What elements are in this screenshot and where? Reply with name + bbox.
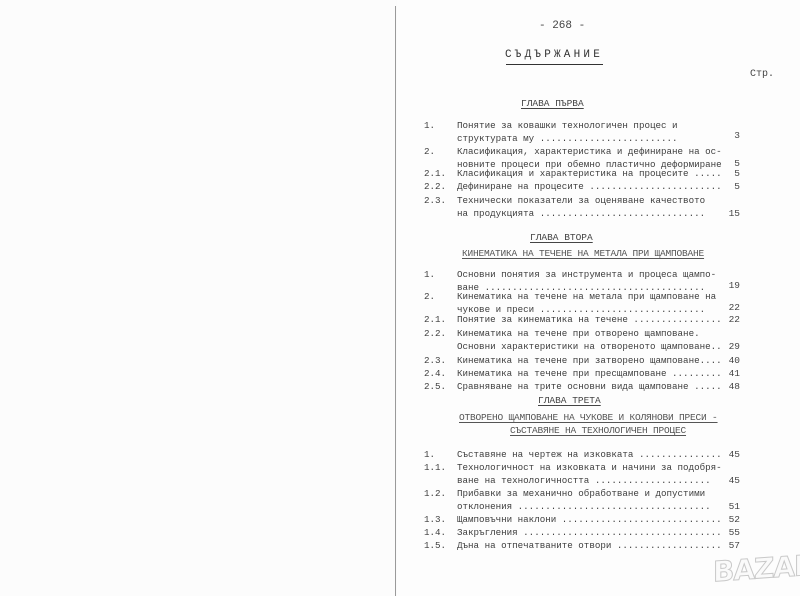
- entry-number: 2.3.: [424, 194, 446, 207]
- entry-text: Кинематика на течене при отворено щампов…: [457, 327, 700, 340]
- title-underline: [506, 64, 603, 65]
- chapter-subtitle-2: КИНЕМАТИКА НА ТЕЧЕНЕ НА МЕТАЛА ПРИ ЩАМПО…: [462, 248, 704, 259]
- entry-page: 52: [710, 513, 740, 526]
- entry-number: 2.: [424, 145, 435, 158]
- document-spread: - 268 - СЪДЪРЖАНИЕ Стр. ГЛАВА ПЪРВА 1. П…: [0, 0, 800, 596]
- entry-text: Щамповъчни наклони .....................…: [457, 513, 722, 526]
- left-page-blank: [0, 0, 396, 596]
- entry-page: 51: [710, 500, 740, 513]
- entry-number: 1.: [424, 268, 435, 281]
- entry-text-cont: на продукцията .........................…: [457, 207, 705, 220]
- entry-page: 3: [710, 129, 740, 142]
- entry-page: 29: [710, 340, 740, 353]
- entry-page: 45: [710, 448, 740, 461]
- entry-number: 1.4.: [424, 526, 446, 539]
- chapter-subtitle-3a: ОТВОРЕНО ЩАМПОВАНЕ НА ЧУКОВЕ И КОЛЯНОВИ …: [459, 412, 718, 423]
- chapter-heading-3: ГЛАВА ТРЕТА: [538, 395, 601, 406]
- entry-number: 1.: [424, 119, 435, 132]
- entry-number: 2.3.: [424, 354, 446, 367]
- entry-number: 2.4.: [424, 367, 446, 380]
- entry-page: 45: [710, 474, 740, 487]
- entry-text: Прибавки за механично обработване и допу…: [457, 487, 705, 500]
- entry-text: Съставяне на чертеж на изковката .......…: [457, 448, 722, 461]
- entry-page: 57: [710, 539, 740, 552]
- page-title: СЪДЪРЖАНИЕ: [505, 49, 603, 61]
- entry-number: 1.5.: [424, 539, 446, 552]
- entry-text: Класификация и характеристика на процеси…: [457, 167, 722, 180]
- watermark-logo: BAZAR: [713, 548, 800, 588]
- entry-text: Кинематика на течене при пресщамповане .…: [457, 367, 722, 380]
- entry-text-cont: ване на технологичността ...............…: [457, 474, 711, 487]
- entry-number: 2.2.: [424, 180, 446, 193]
- entry-number: 2.5.: [424, 380, 446, 393]
- entry-page: 41: [710, 367, 740, 380]
- entry-page: 15: [710, 207, 740, 220]
- entry-page: 40: [710, 354, 740, 367]
- pages-column-label: Стр.: [750, 69, 774, 80]
- entry-page: 5: [710, 180, 740, 193]
- entry-number: 1.2.: [424, 487, 446, 500]
- entry-text: Технически показатели за оценяване качес…: [457, 194, 705, 207]
- entry-text-cont: структурата му .........................: [457, 132, 678, 145]
- entry-text-cont: Основни характеристики на отвореното щам…: [457, 340, 722, 353]
- entry-text-cont: отклонения .............................…: [457, 500, 711, 513]
- entry-number: 1.: [424, 448, 435, 461]
- entry-page: 22: [710, 313, 740, 326]
- chapter-heading-1: ГЛАВА ПЪРВА: [521, 98, 584, 109]
- page-number: - 268 -: [539, 20, 585, 32]
- entry-number: 1.1.: [424, 461, 446, 474]
- chapter-heading-2: ГЛАВА ВТОРА: [530, 232, 593, 243]
- entry-number: 2.1.: [424, 167, 446, 180]
- entry-text: Закръгления ............................…: [457, 526, 722, 539]
- entry-text: Кинематика на течене на метала при щампо…: [457, 290, 716, 303]
- entry-page: 55: [710, 526, 740, 539]
- page-fold-line: [395, 6, 396, 596]
- entry-page: 48: [710, 380, 740, 393]
- entry-number: 2.2.: [424, 327, 446, 340]
- entry-number: 2.: [424, 290, 435, 303]
- entry-text: Кинематика на течене при затворено щампо…: [457, 354, 722, 367]
- entry-number: 2.1.: [424, 313, 446, 326]
- entry-text: Дъна на отпечатваните отвори ...........…: [457, 539, 722, 552]
- chapter-subtitle-3b: СЪСТАВЯНЕ НА ТЕХНОЛОГИЧЕН ПРОЦЕС: [510, 425, 686, 436]
- entry-text: Технологичност на изковката и начини за …: [457, 461, 722, 474]
- entry-page: 5: [710, 167, 740, 180]
- entry-text: Класификация, характеристика и дефиниран…: [457, 145, 722, 158]
- entry-text: Дефиниране на процесите ................…: [457, 180, 722, 193]
- entry-text: Понятие за кинематика на течене ........…: [457, 313, 722, 326]
- entry-text: Основни понятия за инструмента и процеса…: [457, 268, 716, 281]
- entry-text: Сравняване на трите основни вида щампова…: [457, 380, 722, 393]
- entry-text: Понятие за ковашки технологичен процес и: [457, 119, 678, 132]
- entry-number: 1.3.: [424, 513, 446, 526]
